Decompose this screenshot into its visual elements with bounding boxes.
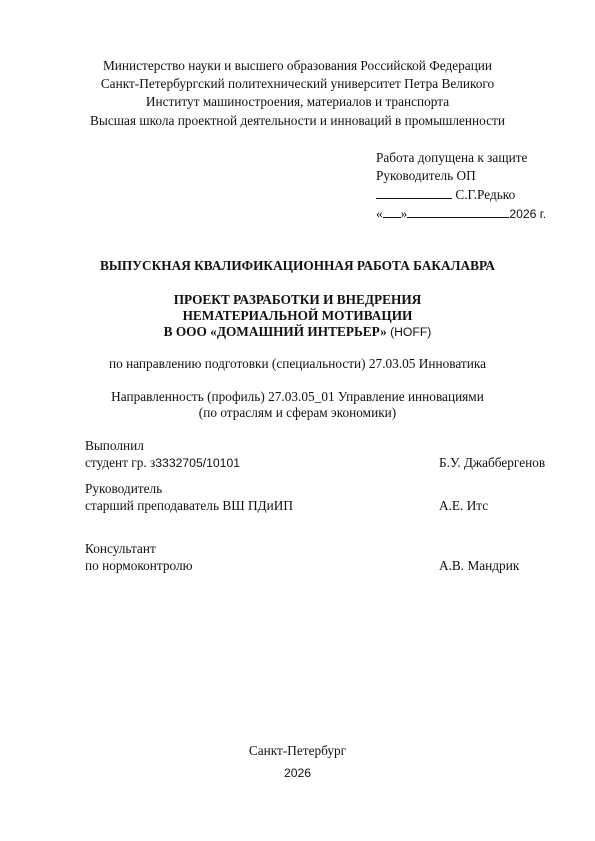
supervisor-role: Руководитель [85, 482, 162, 498]
author-name: Б.У. Джаббергенов [439, 456, 545, 472]
topic-line-1: ПРОЕКТ РАЗРАБОТКИ И ВНЕДРЕНИЯ [0, 293, 595, 309]
approval-signer: С.Г.Редько [455, 187, 515, 202]
topic-line-3: В ООО «ДОМАШНИЙ ИНТЕРЬЕР» (HOFF) [0, 325, 595, 341]
school-line: Высшая школа проектной деятельности и ин… [0, 114, 595, 130]
month-blank [407, 206, 509, 218]
approval-admitted: Работа допущена к защите [376, 151, 527, 167]
approval-date-line: «»2026 г. [376, 206, 546, 222]
approval-year: 2026 г. [509, 207, 546, 221]
direction-line: по направлению подготовки (специальности… [0, 357, 595, 373]
footer-year: 2026 [0, 767, 595, 783]
author-position: студент гр. з3332705/10101 [85, 456, 240, 472]
supervisor-name: А.Е. Итс [439, 499, 488, 515]
date-open-quote: « [376, 206, 383, 221]
consultant-name: А.В. Мандрик [439, 559, 519, 575]
supervisor-position: старший преподаватель ВШ ПДиИП [85, 499, 293, 515]
consultant-position: по нормоконтролю [85, 559, 193, 575]
approval-signature-line: С.Г.Редько [376, 187, 515, 203]
author-group: 3332705/10101 [155, 456, 240, 470]
footer-city: Санкт-Петербург [0, 744, 595, 760]
topic-company-brand: (HOFF) [390, 325, 431, 339]
consultant-role: Консультант [85, 542, 156, 558]
topic-company: В ООО «ДОМАШНИЙ ИНТЕРЬЕР» [164, 324, 390, 339]
author-role: Выполнил [85, 439, 144, 455]
topic-line-2: НЕМАТЕРИАЛЬНОЙ МОТИВАЦИИ [0, 309, 595, 325]
institute-line: Институт машиностроения, материалов и тр… [0, 95, 595, 111]
profile-line-2: (по отраслям и сферам экономики) [0, 406, 595, 422]
date-close-quote: » [401, 206, 408, 221]
author-position-prefix: студент гр. з [85, 455, 155, 470]
ministry-line: Министерство науки и высшего образования… [0, 59, 595, 75]
approval-role: Руководитель ОП [376, 169, 476, 185]
day-blank [383, 206, 401, 218]
profile-line-1: Направленность (профиль) 27.03.05_01 Упр… [0, 390, 595, 406]
signature-blank [376, 187, 452, 199]
university-line: Санкт-Петербургский политехнический унив… [0, 77, 595, 93]
work-type-title: ВЫПУСКНАЯ КВАЛИФИКАЦИОННАЯ РАБОТА БАКАЛА… [0, 259, 595, 275]
